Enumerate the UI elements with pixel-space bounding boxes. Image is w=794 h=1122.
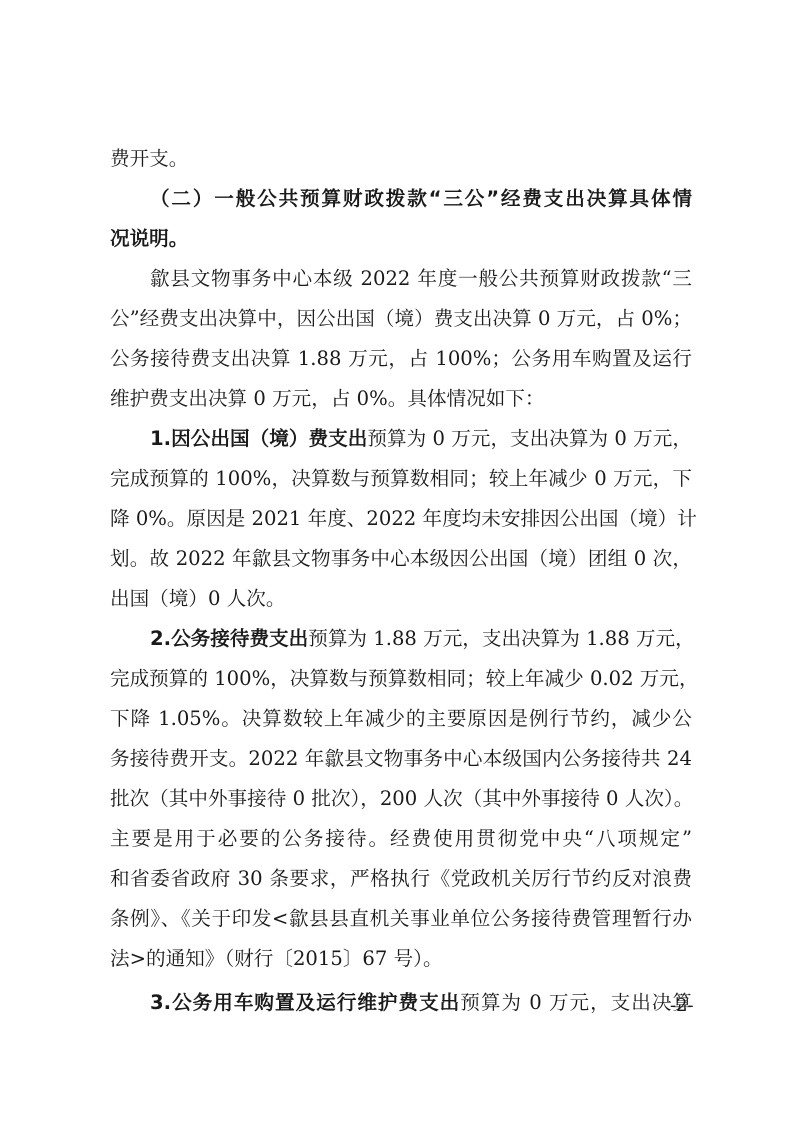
paragraph-line: 主要是用于必要的公务接待。经费使用贯彻党中央“八项规定”	[110, 819, 692, 859]
paragraph-line: 完成预算的 100%，决算数与预算数相同；较上年减少 0.02 万元，	[110, 659, 692, 699]
item-2-text: 预算为 1.88 万元，支出决算为 1.88 万元，	[308, 627, 694, 650]
paragraph-line: 出国（境）0 人次。	[110, 579, 692, 619]
paragraph-line: 歙县文物事务中心本级 2022 年度一般公共预算财政拨款“三	[110, 259, 692, 299]
paragraph-line: 公务接待费支出决算 1.88 万元，占 100%；公务用车购置及运行	[110, 339, 692, 379]
item-1-title: 1.因公出国（境）费支出	[150, 427, 367, 450]
section-heading-cont: 况说明。	[110, 219, 692, 259]
item-3-title: 3.公务用车购置及运行维护费支出	[150, 991, 460, 1014]
item-3-text: 预算为 0 万元，支出决算	[460, 991, 692, 1014]
item-1-text: 预算为 0 万元，支出决算为 0 万元，	[367, 427, 692, 450]
paragraph-line: 和省委省政府 30 条要求，严格执行《党政机关厉行节约反对浪费	[110, 859, 692, 899]
paragraph-line: 维护费支出决算 0 万元，占 0%。具体情况如下：	[110, 379, 692, 419]
item-2-first-line: 2.公务接待费支出预算为 1.88 万元，支出决算为 1.88 万元，	[110, 619, 692, 659]
item-2-title: 2.公务接待费支出	[150, 627, 308, 650]
paragraph-line: 费开支。	[110, 139, 692, 179]
item-3-first-line: 3.公务用车购置及运行维护费支出预算为 0 万元，支出决算	[110, 983, 692, 1023]
section-heading: （二）一般公共预算财政拨款“三公”经费支出决算具体情	[110, 179, 692, 219]
item-1-first-line: 1.因公出国（境）费支出预算为 0 万元，支出决算为 0 万元，	[110, 419, 692, 459]
paragraph-line: 公”经费支出决算中，因公出国（境）费支出决算 0 万元，占 0%；	[110, 299, 692, 339]
paragraph-line: 批次（其中外事接待 0 批次），200 人次（其中外事接待 0 人次）。	[110, 779, 692, 819]
paragraph-line: 务接待费开支。2022 年歙县文物事务中心本级国内公务接待共 24	[110, 739, 692, 779]
paragraph-line: 完成预算的 100%，决算数与预算数相同；较上年减少 0 万元，下	[110, 459, 692, 499]
paragraph-line: 法>的通知》（财行〔2015〕67 号）。	[110, 939, 692, 979]
paragraph-line: 划。故 2022 年歙县文物事务中心本级因公出国（境）团组 0 次，	[110, 539, 692, 579]
page-number: -2-	[670, 995, 694, 1016]
paragraph-line: 条例》、《关于印发<歙县县直机关事业单位公务接待费管理暂行办	[110, 899, 692, 939]
paragraph-line: 下降 1.05%。决算数较上年减少的主要原因是例行节约，减少公	[110, 699, 692, 739]
paragraph-line: 降 0%。原因是 2021 年度、2022 年度均未安排因公出国（境）计	[110, 499, 692, 539]
document-page: 费开支。 （二）一般公共预算财政拨款“三公”经费支出决算具体情 况说明。 歙县文…	[110, 139, 692, 1023]
